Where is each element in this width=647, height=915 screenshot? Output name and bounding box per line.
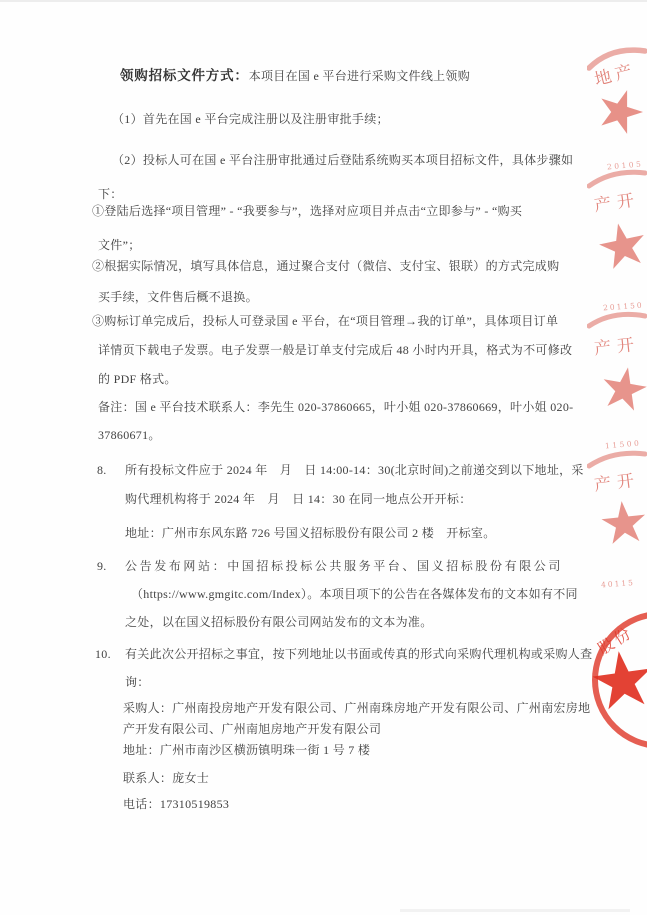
clause-number: 10. xyxy=(95,640,111,668)
text-line: ①登陆后选择“项目管理” - “我要参与”，选择对应项目并点击“立即参与” - … xyxy=(92,194,522,228)
clause-number: 9. xyxy=(97,552,107,580)
seal-stamp-5: 40115 股份 xyxy=(585,572,647,752)
seal-star-icon xyxy=(600,499,647,545)
seal-digits: 201150 xyxy=(603,301,644,313)
seal-star-icon xyxy=(596,219,647,271)
text-line: 所有投标文件应于 2024 年 月 日 14:00-14：30(北京时间)之前递… xyxy=(125,456,584,485)
clause-8: 8. 所有投标文件应于 2024 年 月 日 14:00-14：30(北京时间)… xyxy=(125,456,584,514)
text-line: （2）投标人可在国 e 平台注册审批通过后登陆系统购买本项目招标文件，具体步骤如 xyxy=(98,143,573,177)
announcement-url-line: （https://www.gmgitc.com/Index）。本项目项下的公告在… xyxy=(125,580,578,608)
seal-arc xyxy=(589,172,645,186)
seal-star-icon xyxy=(593,83,647,136)
seal-star-icon xyxy=(599,364,647,413)
text-line: 地址：广州市南沙区横沥镇明珠一街 1 号 7 楼 xyxy=(123,735,370,765)
text-line: 询： xyxy=(125,668,592,696)
seal-stamp-1: 地产 xyxy=(587,40,647,142)
seal-digits: 40115 xyxy=(601,578,635,589)
text-line: ③购标订单完成后，投标人可登录国 e 平台，在“项目管理→我的订单”，具体项目订… xyxy=(92,307,572,336)
text-line: 备注：国 e 平台技术联系人：李先生 020-37860665，叶小姐 020-… xyxy=(98,393,573,421)
text-line: 之处，以在国义招标股份有限公司网站发布的文本为准。 xyxy=(125,608,578,636)
bid-opening-address: 地址：广州市东风东路 726 号国义招标股份有限公司 2 楼 开标室。 xyxy=(125,518,496,548)
seal-text: 地产 xyxy=(593,61,639,91)
clause-9: 9. 公告发布网站：中国招标投标公共服务平台、国义招标股份有限公司 （https… xyxy=(125,552,578,636)
text-line: （1）首先在国 e 平台完成注册以及注册审批手续； xyxy=(112,104,389,134)
scan-smudge xyxy=(400,909,630,912)
page-top-edge xyxy=(0,0,647,2)
text-line: 有关此次公开招标之事宜，按下列地址以书面或传真的形式向采购代理机构或采购人查 xyxy=(125,640,592,668)
clause-10: 10. 有关此次公开招标之事宜，按下列地址以书面或传真的形式向采购代理机构或采购… xyxy=(125,640,592,696)
lead-text: 本项目在国 e 平台进行采购文件线上领购 xyxy=(249,69,470,83)
text-line: 详情页下载电子发票。电子发票一般是订单支付完成后 48 小时内开具，格式为不可修… xyxy=(92,336,572,365)
purchase-step-2: ②根据实际情况，填写具体信息，通过聚合支付（微信、支付宝、银联）的方式完成购 买… xyxy=(92,251,559,313)
seal-stamp-3: 201150 产开 xyxy=(587,298,647,416)
purchaser-address: 地址：广州市南沙区横沥镇明珠一街 1 号 7 楼 xyxy=(123,735,370,765)
text-line: 公告发布网站：中国招标投标公共服务平台、国义招标股份有限公司 xyxy=(125,552,578,580)
seal-text: 股份 xyxy=(594,622,636,658)
seal-digits: 11500 xyxy=(605,438,642,450)
lead-paragraph: 领购招标文件方式：本项目在国 e 平台进行采购文件线上领购 xyxy=(120,61,470,91)
registration-step-1: （1）首先在国 e 平台完成注册以及注册审批手续； xyxy=(112,104,389,134)
seal-arc xyxy=(589,453,645,466)
text-line: 采购人：广州南投房地产开发有限公司、广州南珠房地产开发有限公司、广州南宏房地 xyxy=(123,698,590,719)
purchase-step-3: ③购标订单完成后，投标人可登录国 e 平台，在“项目管理→我的订单”，具体项目订… xyxy=(92,307,572,394)
purchaser-names: 采购人：广州南投房地产开发有限公司、广州南珠房地产开发有限公司、广州南宏房地 产… xyxy=(123,698,590,740)
contact-phone: 电话：17310519853 xyxy=(123,789,229,819)
text-line: 的 PDF 格式。 xyxy=(92,365,572,394)
seal-stamp-2: 20105 产开 xyxy=(587,156,647,276)
document-page: 领购招标文件方式：本项目在国 e 平台进行采购文件线上领购 （1）首先在国 e … xyxy=(0,0,647,915)
clause-number: 8. xyxy=(97,456,107,485)
text-line: 电话：17310519853 xyxy=(123,789,229,819)
seal-text: 产开 xyxy=(593,335,641,360)
text-line: 购代理机构将于 2024 年 月 日 14：30 在同一地点公开开标： xyxy=(125,485,584,514)
seal-stamp-4: 11500 产开 xyxy=(587,436,647,554)
lead-label: 领购招标文件方式： xyxy=(120,68,249,83)
seal-text: 产开 xyxy=(593,470,641,495)
remark-paragraph: 备注：国 e 平台技术联系人：李先生 020-37860665，叶小姐 020-… xyxy=(98,393,573,449)
text-line: 地址：广州市东风东路 726 号国义招标股份有限公司 2 楼 开标室。 xyxy=(125,518,496,548)
seal-text: 产开 xyxy=(593,190,641,216)
text-line: ②根据实际情况，填写具体信息，通过聚合支付（微信、支付宝、银联）的方式完成购 xyxy=(92,251,559,282)
text-line: 37860671。 xyxy=(98,421,573,449)
seal-digits: 20105 xyxy=(607,159,644,171)
seal-arc xyxy=(589,314,645,326)
